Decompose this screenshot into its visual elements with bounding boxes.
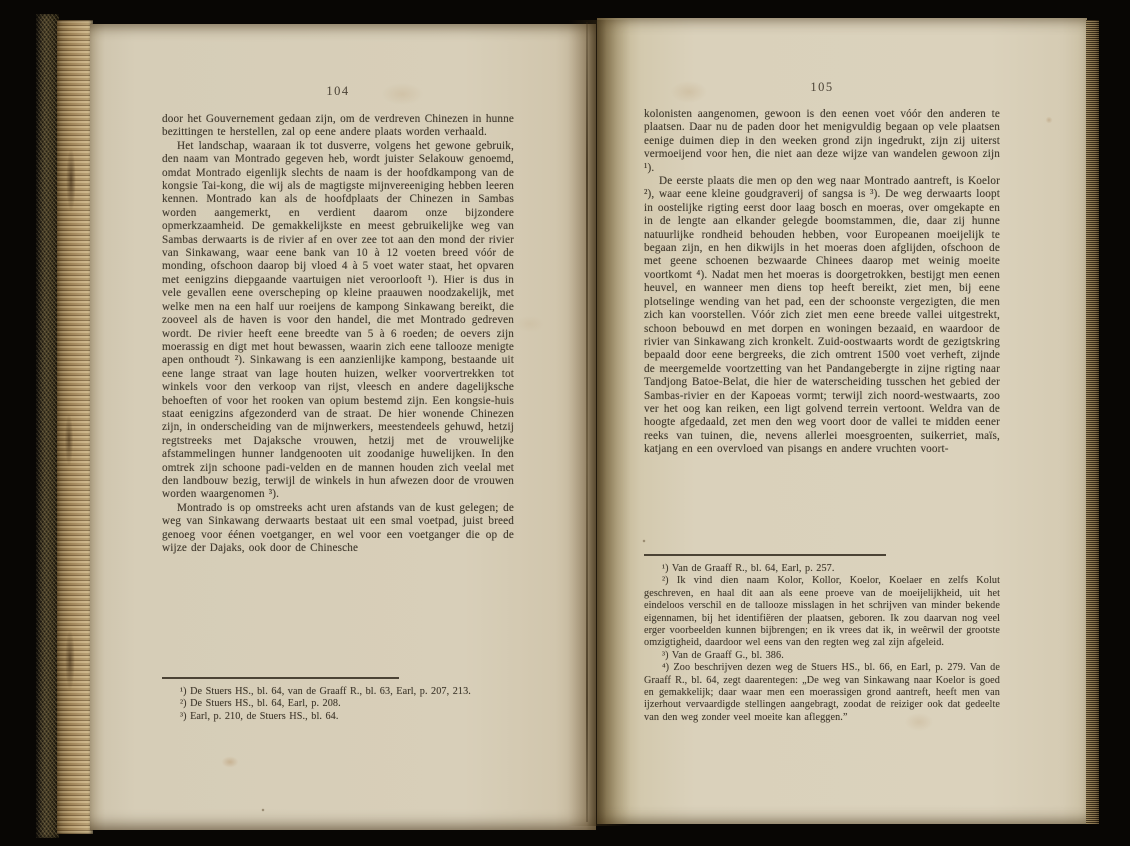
left-page-footnotes: ¹) De Stuers HS., bl. 64, van de Graaff …: [162, 677, 514, 723]
paragraph: kolonisten aangenomen, gewoon is den een…: [644, 108, 1000, 175]
page-number-left: 104: [162, 84, 514, 99]
right-page-body-text: kolonisten aangenomen, gewoon is den een…: [644, 108, 1000, 560]
footnote: ²) Ik vind dien naam Kolor, Kollor, Koel…: [644, 575, 1000, 649]
right-page: 105 kolonisten aangenomen, gewoon is den…: [597, 18, 1087, 824]
scanned-book-photo: 104 door het Gouvernement gedaan zijn, o…: [0, 0, 1130, 846]
footnote-separator: [162, 677, 399, 679]
left-page: 104 door het Gouvernement gedaan zijn, o…: [90, 24, 596, 830]
footnote: ²) De Stuers HS., bl. 64, Earl, p. 208.: [162, 698, 514, 710]
footnote: ³) Earl, p. 210, de Stuers HS., bl. 64.: [162, 711, 514, 723]
paragraph: Montrado is op omstreeks acht uren afsta…: [162, 502, 514, 556]
page-block-fore-edge-left: [57, 20, 93, 834]
page-number-right: 105: [644, 80, 1000, 95]
footnote-separator: [644, 554, 886, 556]
page-block-fore-edge-right: [1086, 20, 1099, 824]
book-cover-cloth-edge: [36, 14, 59, 838]
footnote: ³) Van de Graaff G., bl. 386.: [644, 650, 1000, 662]
paragraph: Het landschap, waaraan ik tot dusverre, …: [162, 140, 514, 502]
paragraph: door het Gouvernement gedaan zijn, om de…: [162, 113, 514, 140]
left-page-body-text: door het Gouvernement gedaan zijn, om de…: [162, 113, 514, 665]
right-page-footnotes: ¹) Van de Graaff R., bl. 64, Earl, p. 25…: [644, 554, 1000, 724]
footnote: ¹) Van de Graaff R., bl. 64, Earl, p. 25…: [644, 563, 1000, 575]
footnote: ⁴) Zoo beschrijven dezen weg de Stuers H…: [644, 662, 1000, 724]
footnote: ¹) De Stuers HS., bl. 64, van de Graaff …: [162, 686, 514, 698]
paragraph: De eerste plaats die men op den weg naar…: [644, 175, 1000, 457]
